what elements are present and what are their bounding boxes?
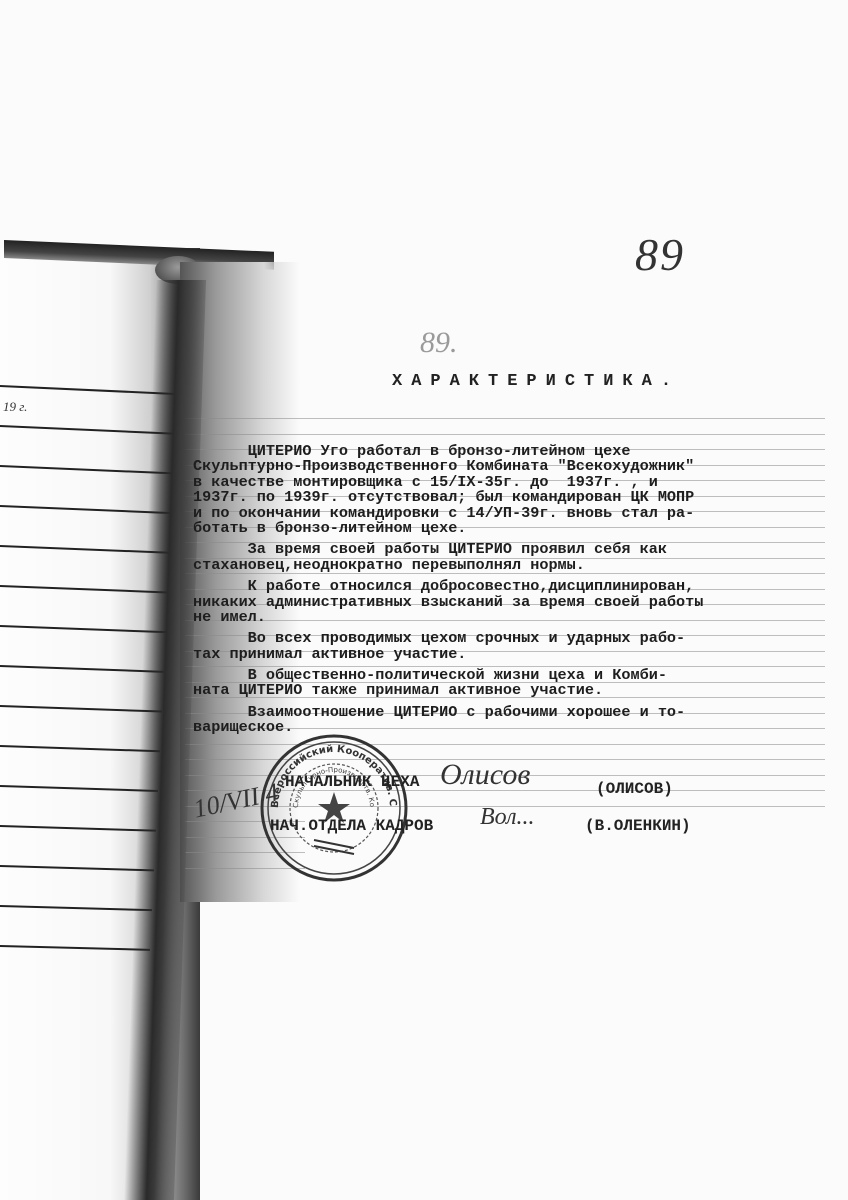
document-rule — [185, 418, 825, 419]
notebook-year-label: 19 г. — [3, 399, 27, 415]
document-rule — [185, 434, 825, 435]
pencil-page-number: 89. — [420, 326, 458, 360]
document-body: ЦИТЕРИО Уго работал в бронзо-литейном це… — [193, 444, 833, 736]
body-line: не имел. — [193, 610, 833, 625]
body-line: тах принимал активное участие. — [193, 647, 833, 662]
body-line: ботать в бронзо-литейном цехе. — [193, 521, 833, 536]
signature-name-2: (В.ОЛЕНКИН) — [585, 817, 691, 835]
body-line: ната ЦИТЕРИО также принимал активное уча… — [193, 683, 833, 698]
body-line: стахановец,неоднократно перевыполнял нор… — [193, 558, 833, 573]
signature-scrawl-2: Вол... — [480, 804, 535, 831]
body-line: никаких административных взысканий за вр… — [193, 595, 833, 610]
signature-scrawl-1: Олисов — [440, 758, 530, 792]
signature-position-2: НАЧ.ОТДЕЛА КАДРОВ — [270, 817, 433, 835]
signature-name-1: (ОЛИСОВ) — [596, 780, 673, 798]
document-title: ХАРАКТЕРИСТИКА. — [392, 372, 680, 391]
official-stamp-icon: Всероссийский Кооператив. Союз Работник.… — [258, 732, 410, 884]
archive-page-number: 89 — [635, 228, 685, 281]
signature-position-1: НАЧАЛЬНИК ЦЕХА — [285, 773, 419, 791]
